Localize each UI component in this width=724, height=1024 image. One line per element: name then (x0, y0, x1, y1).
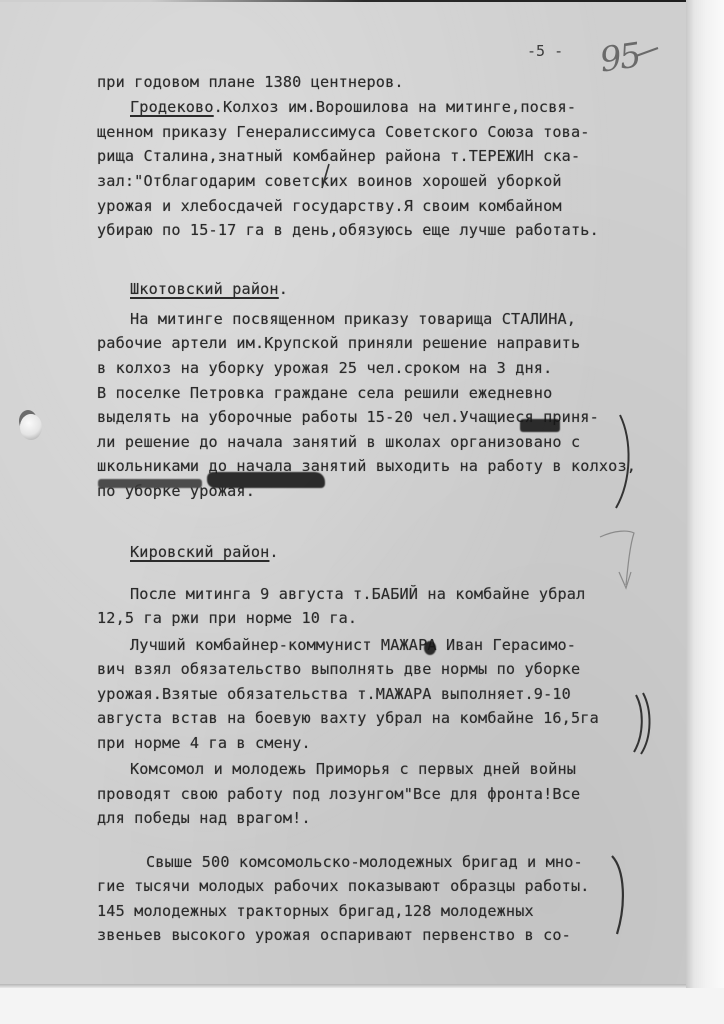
text-line: рабочие артели им.Крупской приняли решен… (97, 333, 580, 353)
ink-overstrike-uchashchiesya (520, 419, 560, 432)
scanner-edge-strip (686, 0, 724, 988)
text-line: Свыше 500 комсомольско-молодежных бригад… (146, 852, 583, 872)
line-text: при годовом плане 1380 центнеров. (97, 73, 404, 91)
text-line: щенном приказу Генералиссимуса Советског… (97, 122, 590, 142)
text-line: рища Сталина,знатный комбайнер района т.… (97, 146, 580, 166)
line-text: . (269, 543, 278, 561)
text-line: урожая и хлебосдачей государству.Я своим… (97, 196, 562, 216)
text-line: На митинге посвященном приказу товарища … (130, 309, 576, 329)
line-text: В поселке Петровка граждане села решили … (97, 384, 552, 402)
binder-punch-hole (20, 414, 42, 440)
text-line: Гродеково.Колхоз им.Ворошилова на митинг… (130, 97, 576, 117)
line-text: Лучший комбайнер-коммунист МАЖАРА Иван Г… (130, 636, 576, 654)
page-number: -5 - (527, 42, 563, 60)
page-bottom-edge (0, 984, 686, 988)
line-text: 145 молодежных тракторных бригад,128 мол… (97, 902, 534, 920)
text-line: гие тысячи молодых рабочих показывают об… (97, 876, 590, 896)
text-line: при норме 4 га в смену. (97, 733, 311, 753)
ink-mark-mazhara (424, 641, 436, 655)
text-line: школьниками до начала занятий выходить н… (97, 456, 636, 476)
line-text: при норме 4 га в смену. (97, 734, 311, 752)
text-line: августа встав на боевую вахту убрал на к… (97, 708, 599, 728)
line-text: На митинге посвященном приказу товарища … (130, 310, 576, 328)
text-line: для победы над врагом!. (97, 808, 311, 828)
line-text: рабочие артели им.Крупской приняли решен… (97, 334, 580, 352)
text-line: После митинга 9 августа т.БАБИЙ на комба… (130, 584, 585, 604)
line-text: . (279, 280, 288, 298)
text-line: при годовом плане 1380 центнеров. (97, 72, 404, 92)
underlined-place-name: Кировский район (130, 543, 269, 561)
text-line: Лучший комбайнер-коммунист МАЖАРА Иван Г… (130, 635, 576, 655)
text-line: 145 молодежных тракторных бригад,128 мол… (97, 901, 534, 921)
text-line: вич взял обязательство выполнять две нор… (97, 659, 580, 679)
text-line: в колхоз на уборку урожая 25 чел.сроком … (97, 358, 552, 378)
line-text: урожая.Взятые обязательства т.МАЖАРА вып… (97, 685, 571, 703)
line-text: для победы над врагом!. (97, 809, 311, 827)
line-text: вич взял обязательство выполнять две нор… (97, 660, 580, 678)
text-line: урожая.Взятые обязательства т.МАЖАРА вып… (97, 684, 571, 704)
line-text: рища Сталина,знатный комбайнер района т.… (97, 147, 580, 165)
text-line: убираю по 15-17 га в день,обязуюсь еще л… (97, 220, 599, 240)
text-line: зал:"Отблагодарим советских воинов хорош… (97, 171, 562, 191)
line-text: ли решение до начала занятий в школах ор… (97, 433, 580, 451)
line-text: в колхоз на уборку урожая 25 чел.сроком … (97, 359, 552, 377)
line-text: Комсомол и молодежь Приморья с первых дн… (130, 760, 576, 778)
text-line: ли решение до начала занятий в школах ор… (97, 432, 580, 452)
line-text: проводят свою работу под лозунгом"Все дл… (97, 785, 580, 803)
ink-handwritten-do-nachala-zanyatiy (207, 472, 325, 488)
line-text: августа встав на боевую вахту убрал на к… (97, 709, 599, 727)
text-line: проводят свою работу под лозунгом"Все дл… (97, 784, 580, 804)
text-line: звеньев высокого урожая оспаривают перве… (97, 925, 571, 945)
line-text: зал:"Отблагодарим советских воинов хорош… (97, 172, 562, 190)
ink-overstrike-shkolnikami (98, 479, 202, 488)
line-text: убираю по 15-17 га в день,обязуюсь еще л… (97, 221, 599, 239)
line-text: После митинга 9 августа т.БАБИЙ на комба… (130, 585, 585, 603)
line-text: звеньев высокого урожая оспаривают перве… (97, 926, 571, 944)
line-text: .Колхоз им.Ворошилова на митинге,посвя- (214, 98, 576, 116)
text-line: В поселке Петровка граждане села решили … (97, 383, 552, 403)
section-heading: Шкотовский район. (130, 279, 288, 299)
section-heading: Кировский район. (130, 542, 279, 562)
line-text: школьниками до начала занятий выходить н… (97, 457, 636, 475)
underlined-place-name: Гродеково (130, 98, 214, 116)
archive-folio-number: 95 (597, 35, 641, 80)
line-text: Свыше 500 комсомольско-молодежных бригад… (146, 853, 583, 871)
line-text: щенном приказу Генералиссимуса Советског… (97, 123, 590, 141)
page-top-edge-shadow (150, 0, 686, 2)
underlined-place-name: Шкотовский район (130, 280, 279, 298)
line-text: 12,5 га ржи при норме 10 га. (97, 609, 357, 627)
line-text: урожая и хлебосдачей государству.Я своим… (97, 197, 562, 215)
text-line: 12,5 га ржи при норме 10 га. (97, 608, 357, 628)
line-text: гие тысячи молодых рабочих показывают об… (97, 877, 590, 895)
text-line: Комсомол и молодежь Приморья с первых дн… (130, 759, 576, 779)
